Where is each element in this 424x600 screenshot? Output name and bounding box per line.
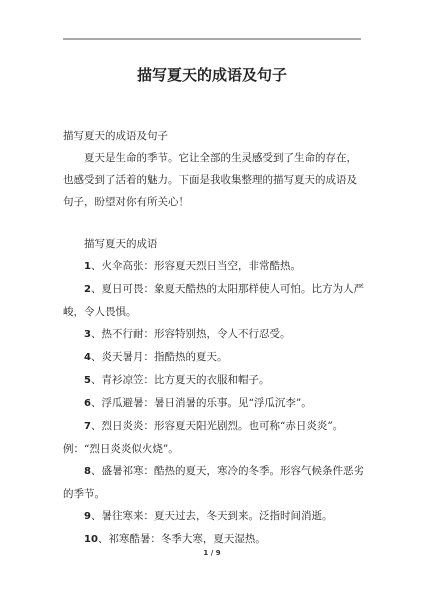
page-indicator: 1 / 9 [0,549,424,557]
idiom-item-4: 4、炎天暑月：指酷热的夏天。 [63,346,365,369]
idiom-item-1: 1、火伞高张：形容夏天烈日当空，非常酷热。 [63,255,365,278]
idiom-item-9: 9、暑往寒来：夏天过去，冬天到来。泛指时间消逝。 [63,505,365,528]
idiom-item-8: 8、盛暑祁寒：酷热的夏天，寒冷的冬季。形容气候条件恶劣的季节。 [63,460,365,505]
idiom-item-3: 3、热不行耐：形容特别热，令人不行忍受。 [63,323,365,346]
idiom-item-10: 10、祁寒酷暑：冬季大寒，夏天湿热。 [63,528,365,551]
idiom-item-6: 6、浮瓜避暑：暑日消暑的乐事。见“浮瓜沉李”。 [63,392,365,415]
document-body: 描写夏天的成语及句子 夏天是生命的季节。它让全部的生灵感受到了生命的存在，也感受… [63,125,365,551]
document-title: 描写夏天的成语及句子 [0,64,424,85]
idiom-item-7: 7、烈日炎炎：形容夏天阳光剧烈。也可称“赤日炎炎”。例：“烈日炎炎似火烧”。 [63,415,365,460]
intro-paragraph: 夏天是生命的季节。它让全部的生灵感受到了生命的存在，也感受到了活着的魅力。下面是… [63,147,365,213]
idiom-item-5: 5、青衫凉笠：比方夏天的衣服和帽子。 [63,369,365,392]
idiom-item-2: 2、夏日可畏：象夏天酷热的太阳那样使人可怕。比方为人严峻，令人畏惧。 [63,278,365,323]
spacer [63,213,365,233]
header-rule [63,38,361,40]
section-heading: 描写夏天的成语 [63,233,365,255]
subtitle: 描写夏天的成语及句子 [63,125,365,147]
